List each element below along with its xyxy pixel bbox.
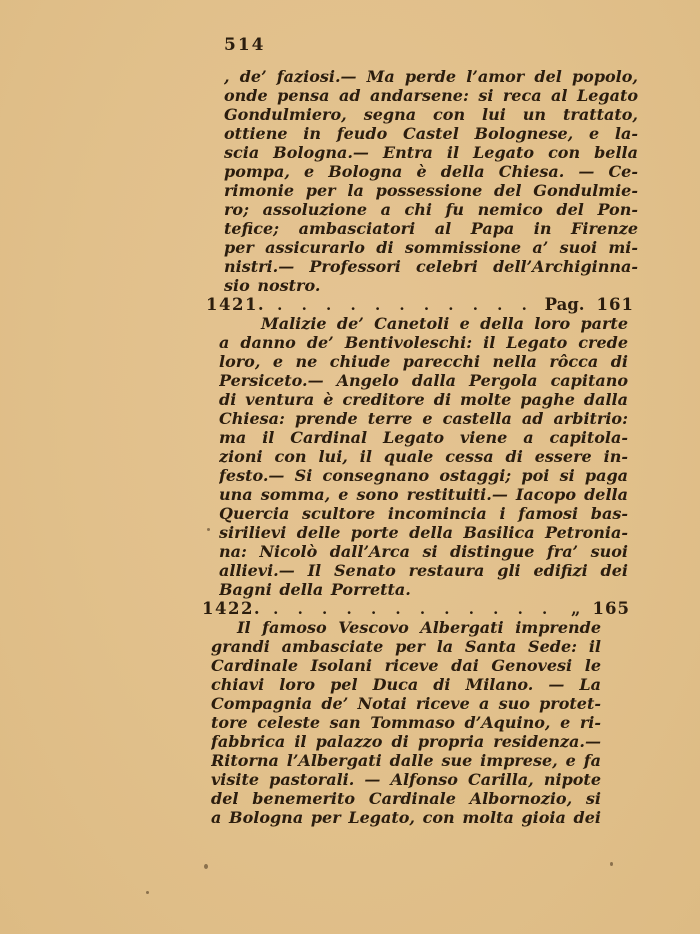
text-line: una somma, e sono restituiti.— Iacopo de… [219,485,628,504]
scan-speck [204,864,208,869]
text-line: na: Nicolò dall’Arca si distingue fra’ s… [219,542,628,561]
text-line: grandi ambasciate per la Santa Sede: il [211,637,601,656]
leader-dots: . . . . . . . . . . . . . . [273,600,563,619]
text-line: chiavi loro pel Duca di Milano. — La [211,675,601,694]
page-folio-number: 514 [224,35,266,55]
entry-year: 1422. [202,599,261,618]
text-line: Compagnia de’ Notai riceve a suo protet- [211,694,601,713]
text-line: Persiceto.— Angelo dalla Pergola capitan… [219,371,628,390]
text-line: sirilievi delle porte della Basilica Pet… [219,523,628,542]
scan-speck [610,862,613,866]
scan-speck [146,891,149,894]
leader-dots: . . . . . . . . . . . . . . [277,296,536,315]
toc-entry-1422: 1422. . . . . . . . . . . . . . . „ 165 [202,599,630,618]
book-page: 514 , de’ faziosi.— Ma perde l’amor del … [0,0,700,934]
text-line: visite pastorali. — Alfonso Carilla, nip… [211,770,601,789]
text-line: ma il Cardinal Legato viene a capitola- [219,428,628,447]
toc-paragraph-1422: Il famoso Vescovo Albergati imprende gra… [211,618,601,827]
page-ref-number: 165 [593,599,630,618]
toc-paragraph-1421: Malizie de’ Canetoli e della loro parte … [219,314,628,599]
text-line: Il famoso Vescovo Albergati imprende [211,618,601,637]
text-line: a Bologna per Legato, con molta gioia de… [211,808,601,827]
text-line: Cardinale Isolani riceve dai Genovesi le [211,656,601,675]
entry-year: 1421. [206,295,265,314]
text-line: Gondulmiero, segna con lui un trattato, [224,105,638,124]
scan-speck [207,528,210,531]
text-line: per assicurarlo di sommissione a’ suoi m… [224,238,638,257]
text-line: Malizie de’ Canetoli e della loro parte [219,314,628,333]
text-line: tefice; ambasciatori al Papa in Firenze [224,219,638,238]
text-line: pompa, e Bologna è della Chiesa. — Ce- [224,162,638,181]
text-line: a danno de’ Bentivoleschi: il Legato cre… [219,333,628,352]
text-line: fabbrica il palazzo di propria residenza… [211,732,601,751]
text-line: ro; assoluzione a chi fu nemico del Pon- [224,200,638,219]
text-line: sio nostro. [224,276,638,295]
text-line: festo.— Si consegnano ostaggi; poi si pa… [219,466,628,485]
text-line: scia Bologna.— Entra il Legato con bella [224,143,638,162]
text-line: zioni con lui, il quale cessa di essere … [219,447,628,466]
toc-entry-1421: 1421. . . . . . . . . . . . . . . Pag. 1… [206,295,634,314]
text-line: loro, e ne chiude parecchi nella rôcca d… [219,352,628,371]
text-line: , de’ faziosi.— Ma perde l’amor del popo… [224,67,638,86]
text-line: Ritorna l’Albergati dalle sue imprese, e… [211,751,601,770]
toc-paragraph-1420: , de’ faziosi.— Ma perde l’amor del popo… [224,67,638,295]
text-line: ottiene in feudo Castel Bolognese, e la- [224,124,638,143]
text-line: rimonie per la possessione del Gondulmie… [224,181,638,200]
text-line: del benemerito Cardinale Albornozio, si … [211,789,601,808]
page-ref-ditto-mark: „ [571,599,581,618]
page-ref-label: Pag. [545,295,585,314]
text-line: onde pensa ad andarsene: si reca al Lega… [224,86,638,105]
text-line: nistri.— Professori celebri dell’Archigi… [224,257,638,276]
text-line: allievi.— Il Senato restaura gli edifizi… [219,561,628,580]
text-line: tore celeste san Tommaso d’Aquino, e ri- [211,713,601,732]
text-line: Chiesa: prende terre e castella ad arbit… [219,409,628,428]
text-line: di ventura è creditore di molte paghe da… [219,390,628,409]
text-line: Quercia scultore incomincia i famosi bas… [219,504,628,523]
page-ref-number: 161 [597,295,634,314]
text-line: Bagni della Porretta. [219,580,628,599]
